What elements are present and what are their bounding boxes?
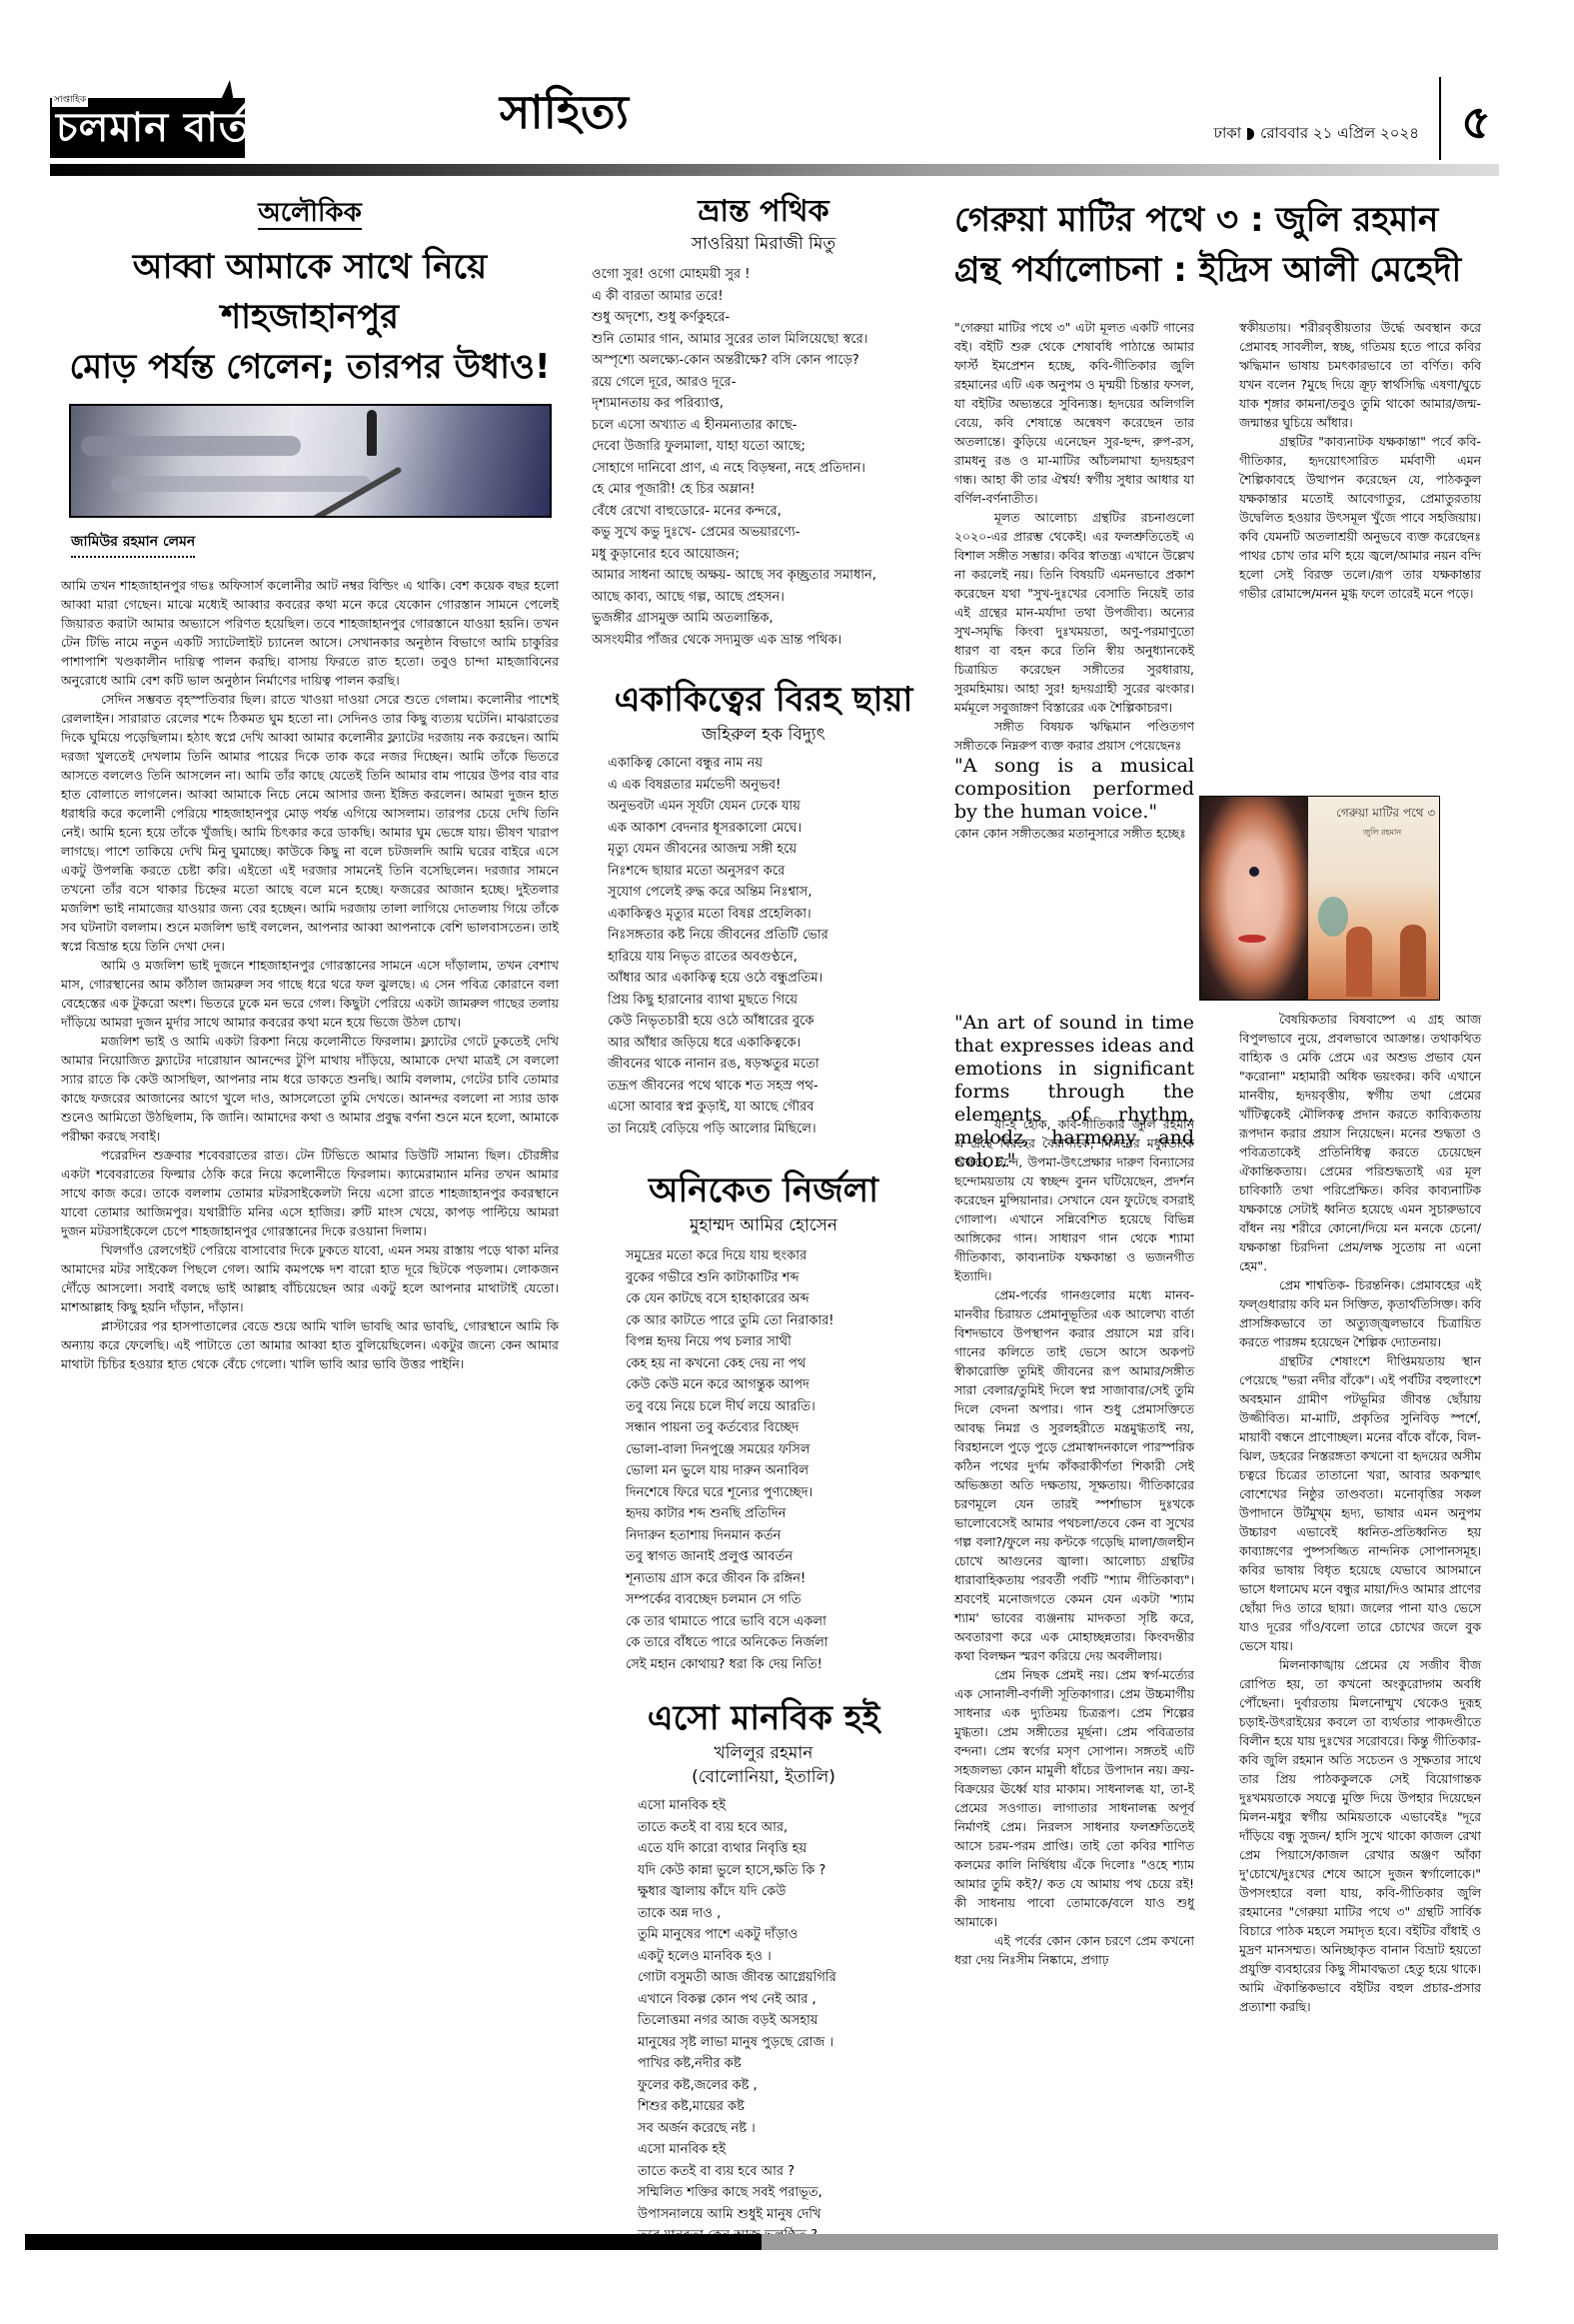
poem-author: জহিরুল হক বিদ্যুৎ xyxy=(578,723,949,747)
article-headline: গেরুয়া মাটির পথে ৩ : জুলি রহমান গ্রন্থ … xyxy=(954,195,1514,295)
poem-line: বিপন্ন হৃদয় নিয়ে পথ চলার সাথী xyxy=(626,1331,949,1353)
poem-line: শিশুর কষ্ট,মায়ের কষ্ট xyxy=(638,2096,949,2118)
logo-text: চলমান বার্তা xyxy=(56,102,261,154)
poem-line: শুধু অদৃশ্যে, শুধু কর্ণকুহরে- xyxy=(592,307,949,329)
poem-line: সম্মিলিত শক্তির কাছে সবই পরাভূত, xyxy=(638,2182,949,2204)
paragraph: মজলিশ ভাই ও আমি একটা রিকশা নিয়ে কলোনীতে… xyxy=(61,1032,559,1146)
poem-line: কে আর কাটতে পারে তুমি তো নিরাকার! xyxy=(626,1310,949,1332)
poem-line: তুমি মানুষের পাশে একটু দাঁড়াও xyxy=(638,1924,949,1946)
poem-line: অসংযমীর পাঁজর থেকে সদ্যমুক্ত এক ভ্রান্ত … xyxy=(592,630,949,652)
poem-line: ভোলা মন ভুলে যায় দারুন অনাবিল xyxy=(626,1460,949,1482)
poem-line: কে তারে বাঁধতে পারে অনিকেত নির্জলা xyxy=(626,1632,949,1654)
article-byline: জামিউর রহমান লেমন xyxy=(71,530,195,558)
poem-line: চলে এসো অখ্যাত এ হীনমন্যতার কাছে- xyxy=(592,415,949,437)
english-quote: "A song is a musical composition perform… xyxy=(954,755,1194,824)
half-circle-separator-icon xyxy=(1247,128,1254,140)
poem-line: তাকে অন্ন দাও , xyxy=(638,1903,949,1925)
poem-line: সেই মহান কোথায়? ধরা কি দেয় নিতি! xyxy=(626,1654,949,1676)
poem-line: কে যেন কাটছে বসে হাহাকারের অব্দ xyxy=(626,1288,949,1310)
poem-body: এসো মানবিক হই তাতে কতই বা ব্যয় হবে আর, … xyxy=(578,1795,949,2247)
poem-line: তদ্রূপ জীবনের পথে থাকে শত সহস্র পথ- xyxy=(608,1076,949,1098)
article-right: গেরুয়া মাটির পথে ৩ : জুলি রহমান গ্রন্থ … xyxy=(954,195,1514,295)
poem-line: অনুভবটা এমন সূর্যটা যেমন ঢেকে যায় xyxy=(608,796,949,818)
article-right-column-1-continued: যা-ই হোক, কবি-গীতিকার জুলি রহমান এ গ্রন্… xyxy=(954,1115,1194,1969)
poem-line: গোটা বসুমতী আজ জীবন্ত আগ্নেয়গিরি xyxy=(638,1967,949,1989)
footer-rule-gray xyxy=(762,2234,1498,2250)
cloud-shape xyxy=(111,476,371,492)
cover-figure-shape xyxy=(1346,927,1372,997)
poem-line: জীবনের থাকে নানান রঙ, ষড়ঋতুর মতো xyxy=(608,1054,949,1076)
paragraph: প্রেম-পর্বের গানগুলোর মধ্যে মানব-মানবীর … xyxy=(954,1285,1194,1665)
book-cover-author: জুলি রহমান xyxy=(1363,827,1401,840)
cover-illustration-shape xyxy=(1318,897,1348,937)
poem-line: যদি কেউ কান্না ভুলে হাসে,ক্ষতি কি ? xyxy=(638,1860,949,1882)
poem-body: সমুদ্রের মতো করে দিয়ে যায় হুংকার বুকের… xyxy=(578,1245,949,1675)
poem-line: মৃত্যু যেমন জীবনের আজন্ম সঙ্গী হয়ে xyxy=(608,839,949,861)
paragraph: স্বকীয়তায়। শরীরবৃত্তীয়তার উর্দ্ধে অবস… xyxy=(1239,318,1481,432)
paragraph: এই পর্বের কোন কোন চরণে প্রেম কখনো ধরা দে… xyxy=(954,1931,1194,1969)
lips-shape xyxy=(1238,935,1266,943)
paragraph: খিলগাঁও রেলগেইট পেরিয়ে বাসাবোর দিকে ঢুক… xyxy=(61,1240,559,1316)
poem-line: সুযোগ পেলেই রুদ্ধ করে অন্তিম নিঃশ্বাস, xyxy=(608,882,949,904)
poem-line: কেহ হয় না কখনো কেহ দেয় না পথ xyxy=(626,1353,949,1375)
poem-line: সব অর্জন করেছে নষ্ট । xyxy=(638,2118,949,2140)
poem-line: আর আঁধার জড়িয়ে ধরে একাকিত্বকে। xyxy=(608,1033,949,1055)
poem-line: তিলোত্তমা নগর আজ বড়ই অসহায় xyxy=(638,2010,949,2032)
footer-rule xyxy=(25,2234,1498,2250)
poem-line: নিঃশব্দে ছায়ার মতো অনুসরণ করে xyxy=(608,861,949,883)
poem-line: আমার সাধনা আছে অক্ষয়- আছে সব কৃচ্ছ্রতার… xyxy=(592,565,949,587)
poem-oniket-nirjola: অনিকেত নির্জলা মুহাম্মদ আমির হোসেন সমুদ্… xyxy=(578,1167,949,1675)
paragraph: আমি ও মজলিশ ভাই দুজনে শাহজাহানপুর গোরস্ত… xyxy=(61,956,559,1032)
poem-line: নিদারুন হতাশায় দিনমান কর্তন xyxy=(626,1525,949,1547)
poem-line: শুনি তোমার গান, আমার সুরের তাল মিলিয়েছো… xyxy=(592,329,949,351)
poem-line: দৃশ্যমানতায় কর পরিব্যাপ্ত, xyxy=(592,393,949,415)
poem-author: খলিলুর রহমান xyxy=(578,1741,949,1765)
kicker-text: অলৌকিক xyxy=(258,198,362,230)
poem-bhranto-pothik: ভ্রান্ত পথিক সাওরিয়া মিরাজী মিতু ওগো সু… xyxy=(578,192,949,651)
poem-line: একাকিত্ব কোনো বন্ধুর নাম নয় xyxy=(608,753,949,775)
poem-line: কভু সুখে কভু দুঃখে- প্রেমের অভয়ারণ্যে- xyxy=(592,522,949,544)
article-left: অলৌকিক আব্বা আমাকে সাথে নিয়ে শাহজাহানপু… xyxy=(55,192,565,1373)
poem-eso-manobik-hoi: এসো মানবিক হই খলিলুর রহমান (বোলোনিয়া, ই… xyxy=(578,1695,949,2247)
paragraph: সঙ্গীত বিষয়ক ঋদ্ধিমান পণ্ডিতগণ সঙ্গীতকে… xyxy=(954,717,1194,755)
poem-author-location: (বোলোনিয়া, ইতালি) xyxy=(578,1765,949,1789)
poem-title: এসো মানবিক হই xyxy=(578,1695,949,1741)
poem-line: তাতে কতই বা ব্যয় হবে আর, xyxy=(638,1817,949,1839)
poem-line: তবু স্বাগত জানাই প্রলুপ্ত আবর্তন xyxy=(626,1546,949,1568)
article-right-column-2: স্বকীয়তায়। শরীরবৃত্তীয়তার উর্দ্ধে অবস… xyxy=(1239,318,1481,603)
poem-line: সোহাগে দানিবো প্রাণ, এ নহে বিড়ম্বনা, নহ… xyxy=(592,458,949,480)
poem-title: একাকিত্বের বিরহ ছায়া xyxy=(578,677,949,723)
poem-line: তবু বয়ে নিয়ে চলে দীর্ঘ লয়ে আরতি। xyxy=(626,1396,949,1418)
masthead-gradient-rule xyxy=(50,164,1499,176)
paragraph: প্রেম শাশ্বতিক- চিরন্তনিক। প্রেমাবহের এই… xyxy=(1239,1275,1481,1351)
masthead: সাপ্তাহিক চলমান বার্তা সাহিত্য ঢাকারোববা… xyxy=(50,60,1499,178)
dateline-date: রোববার ২১ এপ্রিল ২০২৪ xyxy=(1260,124,1419,142)
poem-line: মধু কুড়ানোর হবে আয়োজন; xyxy=(592,544,949,566)
article-kicker: অলৌকিক xyxy=(55,192,565,236)
cover-figure-shape xyxy=(1400,925,1426,997)
section-title: সাহিত্য xyxy=(500,78,629,154)
paragraph: বৈষয়িকতার বিষবাষ্পে এ গ্রহ আজ বিপুলভাবে… xyxy=(1239,1010,1481,1275)
headline-line-1: গেরুয়া মাটির পথে ৩ : জুলি রহমান xyxy=(954,195,1514,245)
poem-line: হে মোর পূজারী! হে চির অম্লান! xyxy=(592,479,949,501)
poem-line: পাখির কষ্ট,নদীর কষ্ট xyxy=(638,2053,949,2075)
article-headline: আব্বা আমাকে সাথে নিয়ে শাহজাহানপুর মোড় … xyxy=(55,242,565,392)
poem-line: বেঁধে রেখো বাহুডোরে- মনের কন্দরে, xyxy=(592,501,949,523)
poem-line: সম্পর্কের ব্যবচ্ছেদ চলমান সে গতি xyxy=(626,1589,949,1611)
poem-line: সন্ধান পায়না তবু কর্তব্যের বিচ্ছেদ xyxy=(626,1417,949,1439)
article-hero-image xyxy=(69,404,552,518)
poem-line: আঁধার আর একাকিত্ব হয়ে ওঠে বন্ধুপ্রতিম। xyxy=(608,968,949,990)
poem-line: এক আকাশ বেদনার ধূসরকালো মেঘে। xyxy=(608,818,949,840)
poem-title: ভ্রান্ত পথিক xyxy=(578,192,949,232)
poem-title: অনিকেত নির্জলা xyxy=(578,1167,949,1213)
poem-author: সাওরিয়া মিরাজী মিতু xyxy=(578,232,949,256)
poem-line: শূন্যতায় গ্রাস করে জীবন কি রঙ্গিন! xyxy=(626,1568,949,1590)
book-cover-title: গেরুয়া মাটির পথে ৩ xyxy=(1336,805,1435,825)
poem-ekakitter-biroho-chhaya: একাকিত্বের বিরহ ছায়া জহিরুল হক বিদ্যুৎ … xyxy=(578,677,949,1140)
poem-line: ভোলা-বালা দিনপুঞ্জে সময়ের ফসিল xyxy=(626,1439,949,1461)
dateline: ঢাকারোববার ২১ এপ্রিল ২০২৪ xyxy=(1213,122,1419,147)
poem-line: দিনশেষে ফিরে ঘরে শূন্যের পুণ্যচ্ছেদ। xyxy=(626,1482,949,1504)
headline-line-1: আব্বা আমাকে সাথে নিয়ে শাহজাহানপুর xyxy=(55,242,565,342)
paragraph: প্লাস্টারের পর হাসপাতালের বেডে শুয়ে আমি… xyxy=(61,1316,559,1373)
poem-line: মানুষের সৃষ্ট লাভা মানুষ পুড়ছে রোজ । xyxy=(638,2032,949,2054)
article-right-column-2-continued: বৈষয়িকতার বিষবাষ্পে এ গ্রহ আজ বিপুলভাবে… xyxy=(1239,1010,1481,2016)
paragraph: প্রেম নিছক প্রেমই নয়। প্রেম স্বর্গ-মর্ত… xyxy=(954,1665,1194,1931)
poem-line: কে তার থামাতে পারে ভাবি বসে একলা xyxy=(626,1611,949,1633)
poem-line: সমুদ্রের মতো করে দিয়ে যায় হুংকার xyxy=(626,1245,949,1267)
headline-line-2: গ্রন্থ পর্যালোচনা : ইদ্রিস আলী মেহেদী xyxy=(954,245,1514,295)
poem-line: ক্ষুধার জ্বালায় কাঁদে যদি কেউ xyxy=(638,1881,949,1903)
paragraph: পরেরদিন শুক্রবার শবেবরাতের রাত। টেন টিভি… xyxy=(61,1146,559,1240)
poem-line: একাকিত্বও মৃত্যুর মতো বিষণ্ণ প্রহেলিকা। xyxy=(608,904,949,926)
poem-body: একাকিত্ব কোনো বন্ধুর নাম নয় এ এক বিষণ্ণ… xyxy=(578,753,949,1140)
poem-line: বুকের গভীরে শুনি কাটাকাটির শব্দ xyxy=(626,1267,949,1289)
poem-line: একটু হলেও মানবিক হও । xyxy=(638,1946,949,1968)
author-and-book-cover-photo: গেরুয়া মাটির পথে ৩ জুলি রহমান xyxy=(1199,796,1440,1001)
dateline-city: ঢাকা xyxy=(1213,124,1241,142)
poem-line: এতে যদি কারো ব্যথার নিবৃত্তি হয় xyxy=(638,1838,949,1860)
poem-line: কেউ নিভৃতচারী হয়ে ওঠে আঁধারের বুকে xyxy=(608,1011,949,1033)
newspaper-logo: সাপ্তাহিক চলমান বার্তা xyxy=(50,80,245,158)
paragraph: আমি তখন শাহজাহানপুর গভঃ অফিসার্স কলোনীর … xyxy=(61,576,559,690)
headline-line-2: মোড় পর্যন্ত গেলেন; তারপর উধাও! xyxy=(55,342,565,392)
poem-line: আছে কাব্য, আছে গল্প, আছে প্রহসন। xyxy=(592,587,949,609)
paragraph: গ্রন্থটির শেষাংশে দীপ্তিময়তায় স্থান পে… xyxy=(1239,1351,1481,1655)
poem-line: অস্পৃশ্যে অলক্ষ্যে-কোন অন্তরীক্ষে? বসি ক… xyxy=(592,350,949,372)
article-right-column-1: "গেরুয়া মাটির পথে ৩" এটা মূলত একটি গানে… xyxy=(954,318,1194,843)
walking-person-silhouette xyxy=(367,410,377,456)
paragraph: মিলনাকাঙ্খায় প্রেমের যে সজীব বীজ রোপিত … xyxy=(1239,1655,1481,2016)
article-body: আমি তখন শাহজাহানপুর গভঃ অফিসার্স কলোনীর … xyxy=(55,576,565,1373)
walking-shadow-shape xyxy=(304,466,402,518)
poem-line: ফুলের কষ্ট,জলের কষ্ট , xyxy=(638,2075,949,2097)
poem-line: ওগো সুর! ওগো মোহময়ী সুর ! xyxy=(592,264,949,286)
paragraph: কোন কোন সঙ্গীতজ্ঞের মতানুসারে সঙ্গীত হচ্… xyxy=(954,824,1194,843)
poem-line: হারিয়ে যায় নিভৃত রাতের অবগুণ্ঠনে, xyxy=(608,947,949,969)
poem-author: মুহাম্মদ আমির হোসেন xyxy=(578,1213,949,1237)
poem-line: রয়ে গেলে দূরে, আরও দূরে- xyxy=(592,372,949,394)
poem-line: ভুজঙ্গীর গ্রাসমুক্ত আমি অতলান্তিক, xyxy=(592,608,949,630)
author-portrait xyxy=(1200,797,1308,1001)
poem-line: এখানে বিকল্প কোন পথ নেই আর , xyxy=(638,1989,949,2011)
poem-line: কেউ কেউ মনে করে আগন্তুক আপদ xyxy=(626,1374,949,1396)
bindi-dot xyxy=(1249,867,1259,877)
paragraph: সেদিন সম্ভবত বৃহস্পতিবার ছিল। রাতে খাওয়… xyxy=(61,690,559,956)
page-number-divider xyxy=(1439,77,1441,160)
book-cover: গেরুয়া মাটির পথে ৩ জুলি রহমান xyxy=(1308,797,1440,1001)
poem-line: এসো আবার স্বপ্ন কুড়াই, যা আছে গৌরব xyxy=(608,1097,949,1119)
poem-body: ওগো সুর! ওগো মোহময়ী সুর ! এ কী বারতা আম… xyxy=(578,264,949,651)
poem-line: প্রিয় কিছু হারানোর ব্যাথা মুছতে গিয়ে xyxy=(608,990,949,1012)
poem-line: তা নিয়েই বেড়িয়ে পড়ি আলোর মিছিলে। xyxy=(608,1119,949,1141)
poem-line: দেবো উজারি ফুলমালা, যাহা যতো আছে; xyxy=(592,436,949,458)
poem-line: তাতে কতই বা ব্যয় হবে আর ? xyxy=(638,2161,949,2183)
poem-line: এ কী বারতা আমার তরে! xyxy=(592,286,949,308)
paragraph: মূলত আলোচ্য গ্রন্থটির রচনাগুলো ২০২০-এর প… xyxy=(954,508,1194,717)
paragraph: গ্রন্থটির "কাব্যনাটক যক্ষকান্তা" পর্বে ক… xyxy=(1239,432,1481,603)
poem-line: হৃদয় কাটার শব্দ শুনছি প্রতিদিন xyxy=(626,1503,949,1525)
poems-column: ভ্রান্ত পথিক সাওরিয়া মিরাজী মিতু ওগো সু… xyxy=(578,192,949,2247)
page-number: ৫ xyxy=(1461,88,1491,164)
cloud-shape xyxy=(81,436,301,456)
poem-line: এ এক বিষণ্ণতার মর্মভেদী অনুভব! xyxy=(608,775,949,797)
footer-rule-dark xyxy=(25,2234,762,2250)
poem-line: নিঃসঙ্গতার কষ্ট নিয়ে জীবনের প্রতিটি ভোর xyxy=(608,925,949,947)
paragraph: "গেরুয়া মাটির পথে ৩" এটা মূলত একটি গানে… xyxy=(954,318,1194,508)
poem-line: উপাসনালয়ে আমি শুধুই মানুষ দেখি xyxy=(638,2204,949,2226)
paragraph: যা-ই হোক, কবি-গীতিকার জুলি রহমান এ গ্রন্… xyxy=(954,1115,1194,1285)
poem-line: এসো মানবিক হই xyxy=(638,2139,949,2161)
poem-line: এসো মানবিক হই xyxy=(638,1795,949,1817)
